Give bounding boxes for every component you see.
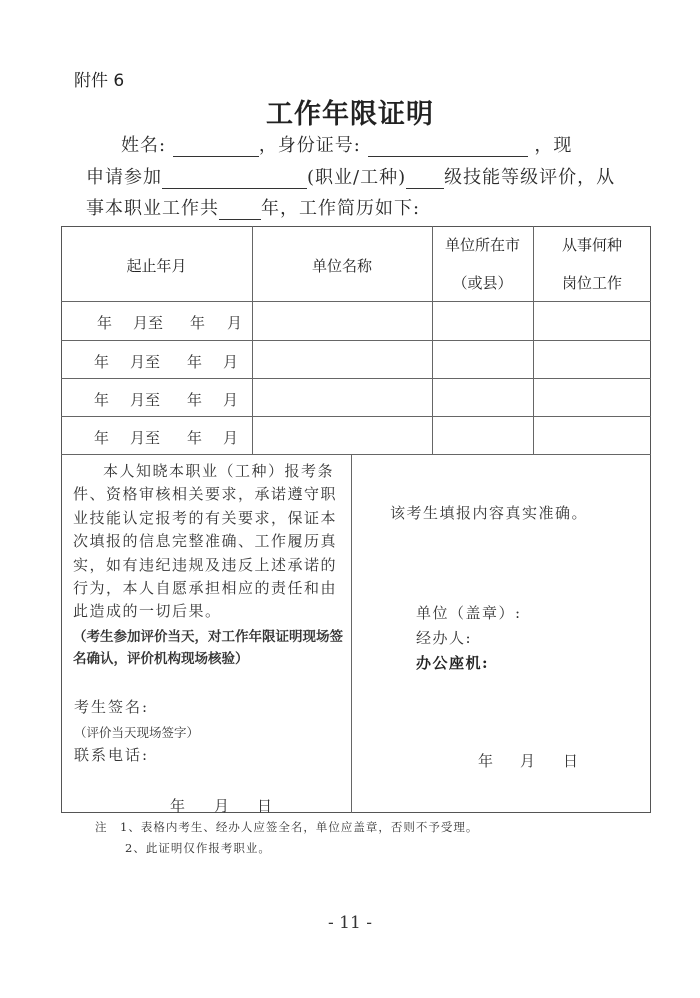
column-divider (533, 226, 534, 454)
end-year[interactable]: 年 (187, 389, 202, 410)
pledge-note: （考生参加评价当天，对工作年限证明现场签名确认，评价机构现场核验） (73, 626, 348, 670)
attachment-label: 附件 6 (74, 66, 124, 91)
office-phone-label: 办公座机: (416, 652, 489, 673)
signature-hint: （评价当天现场签字） (74, 723, 199, 741)
name-field[interactable] (173, 138, 259, 157)
years-prefix: 事本职业工作共 (86, 198, 219, 219)
row-divider (61, 340, 651, 341)
notes-prefix: 注 (95, 819, 108, 835)
end-year[interactable]: 年 (187, 427, 202, 448)
pledge-date-year: 年 (170, 795, 185, 816)
line1-tail: ，现 (534, 135, 572, 156)
occupation-field[interactable] (162, 170, 307, 189)
page-number: - 11 - (0, 913, 700, 933)
header-period: 起止年月 (61, 255, 252, 276)
verification-statement: 该考生填报内容真实准确。 (390, 502, 588, 523)
apply-prefix: 申请参加 (86, 167, 162, 188)
pledge-date-month: 月 (214, 795, 229, 816)
level-suffix: 级技能等级评价，从 (444, 167, 615, 188)
pledge-text: 本人知晓本职业（工种）报考条件、资格审核相关要求，承诺遵守职业技能认定报考的有关… (73, 460, 348, 624)
end-month[interactable]: 月 (223, 351, 238, 372)
years-field[interactable] (219, 201, 261, 220)
section-divider (351, 454, 352, 813)
start-year[interactable]: 年 (94, 427, 109, 448)
verification-date-day: 日 (563, 750, 578, 771)
intro-line-2: 申请参加(职业/工种)级技能等级评价，从 (86, 163, 615, 189)
years-suffix: 年，工作简历如下: (261, 198, 420, 219)
pledge-body: 本人知晓本职业（工种）报考条件、资格审核相关要求，承诺遵守职业技能认定报考的有关… (73, 462, 337, 620)
handler-label: 经办人: (416, 627, 472, 648)
start-year[interactable]: 年 (94, 389, 109, 410)
start-month-to[interactable]: 月至 (130, 389, 160, 410)
row-divider (61, 416, 651, 417)
start-year[interactable]: 年 (94, 351, 109, 372)
header-position: 从事何种 (533, 234, 651, 255)
header-unit-city-sub: （或县） (432, 272, 533, 293)
phone-label: 联系电话: (74, 744, 149, 765)
header-unit-city: 单位所在市 (432, 234, 533, 255)
verification-date-year: 年 (478, 750, 493, 771)
document-title: 工作年限证明 (0, 92, 700, 131)
level-field[interactable] (406, 170, 444, 189)
start-month-to[interactable]: 月至 (130, 427, 160, 448)
row-divider (61, 454, 651, 455)
start-month-to[interactable]: 月至 (133, 312, 163, 333)
header-position-sub: 岗位工作 (533, 272, 651, 293)
start-month-to[interactable]: 月至 (130, 351, 160, 372)
intro-line-1: 姓名: ，身份证号: ，现 (121, 131, 572, 157)
phone-field[interactable] (160, 742, 340, 764)
note-item-2: 2、此证明仅作报考职业。 (125, 840, 271, 856)
pledge-date-day: 日 (257, 795, 272, 816)
end-month[interactable]: 月 (223, 427, 238, 448)
header-divider (61, 301, 651, 302)
id-number-field[interactable] (368, 138, 528, 157)
signature-field[interactable] (160, 694, 340, 716)
unit-seal-label: 单位（盖章）: (416, 602, 522, 623)
name-label: 姓名: (121, 135, 166, 156)
header-unit-name: 单位名称 (252, 255, 432, 276)
signature-label: 考生签名: (74, 696, 149, 717)
column-divider (432, 226, 433, 454)
end-year[interactable]: 年 (187, 351, 202, 372)
note-item-1: 1、表格内考生、经办人应签全名，单位应盖章，否则不予受理。 (120, 819, 478, 835)
occupation-label: (职业/工种) (307, 167, 406, 188)
end-month[interactable]: 月 (227, 312, 242, 333)
start-year[interactable]: 年 (97, 312, 112, 333)
verification-date-month: 月 (520, 750, 535, 771)
row-divider (61, 378, 651, 379)
end-month[interactable]: 月 (223, 389, 238, 410)
intro-line-3: 事本职业工作共年，工作简历如下: (86, 194, 420, 220)
id-label: ，身份证号: (259, 135, 361, 156)
end-year[interactable]: 年 (190, 312, 205, 333)
